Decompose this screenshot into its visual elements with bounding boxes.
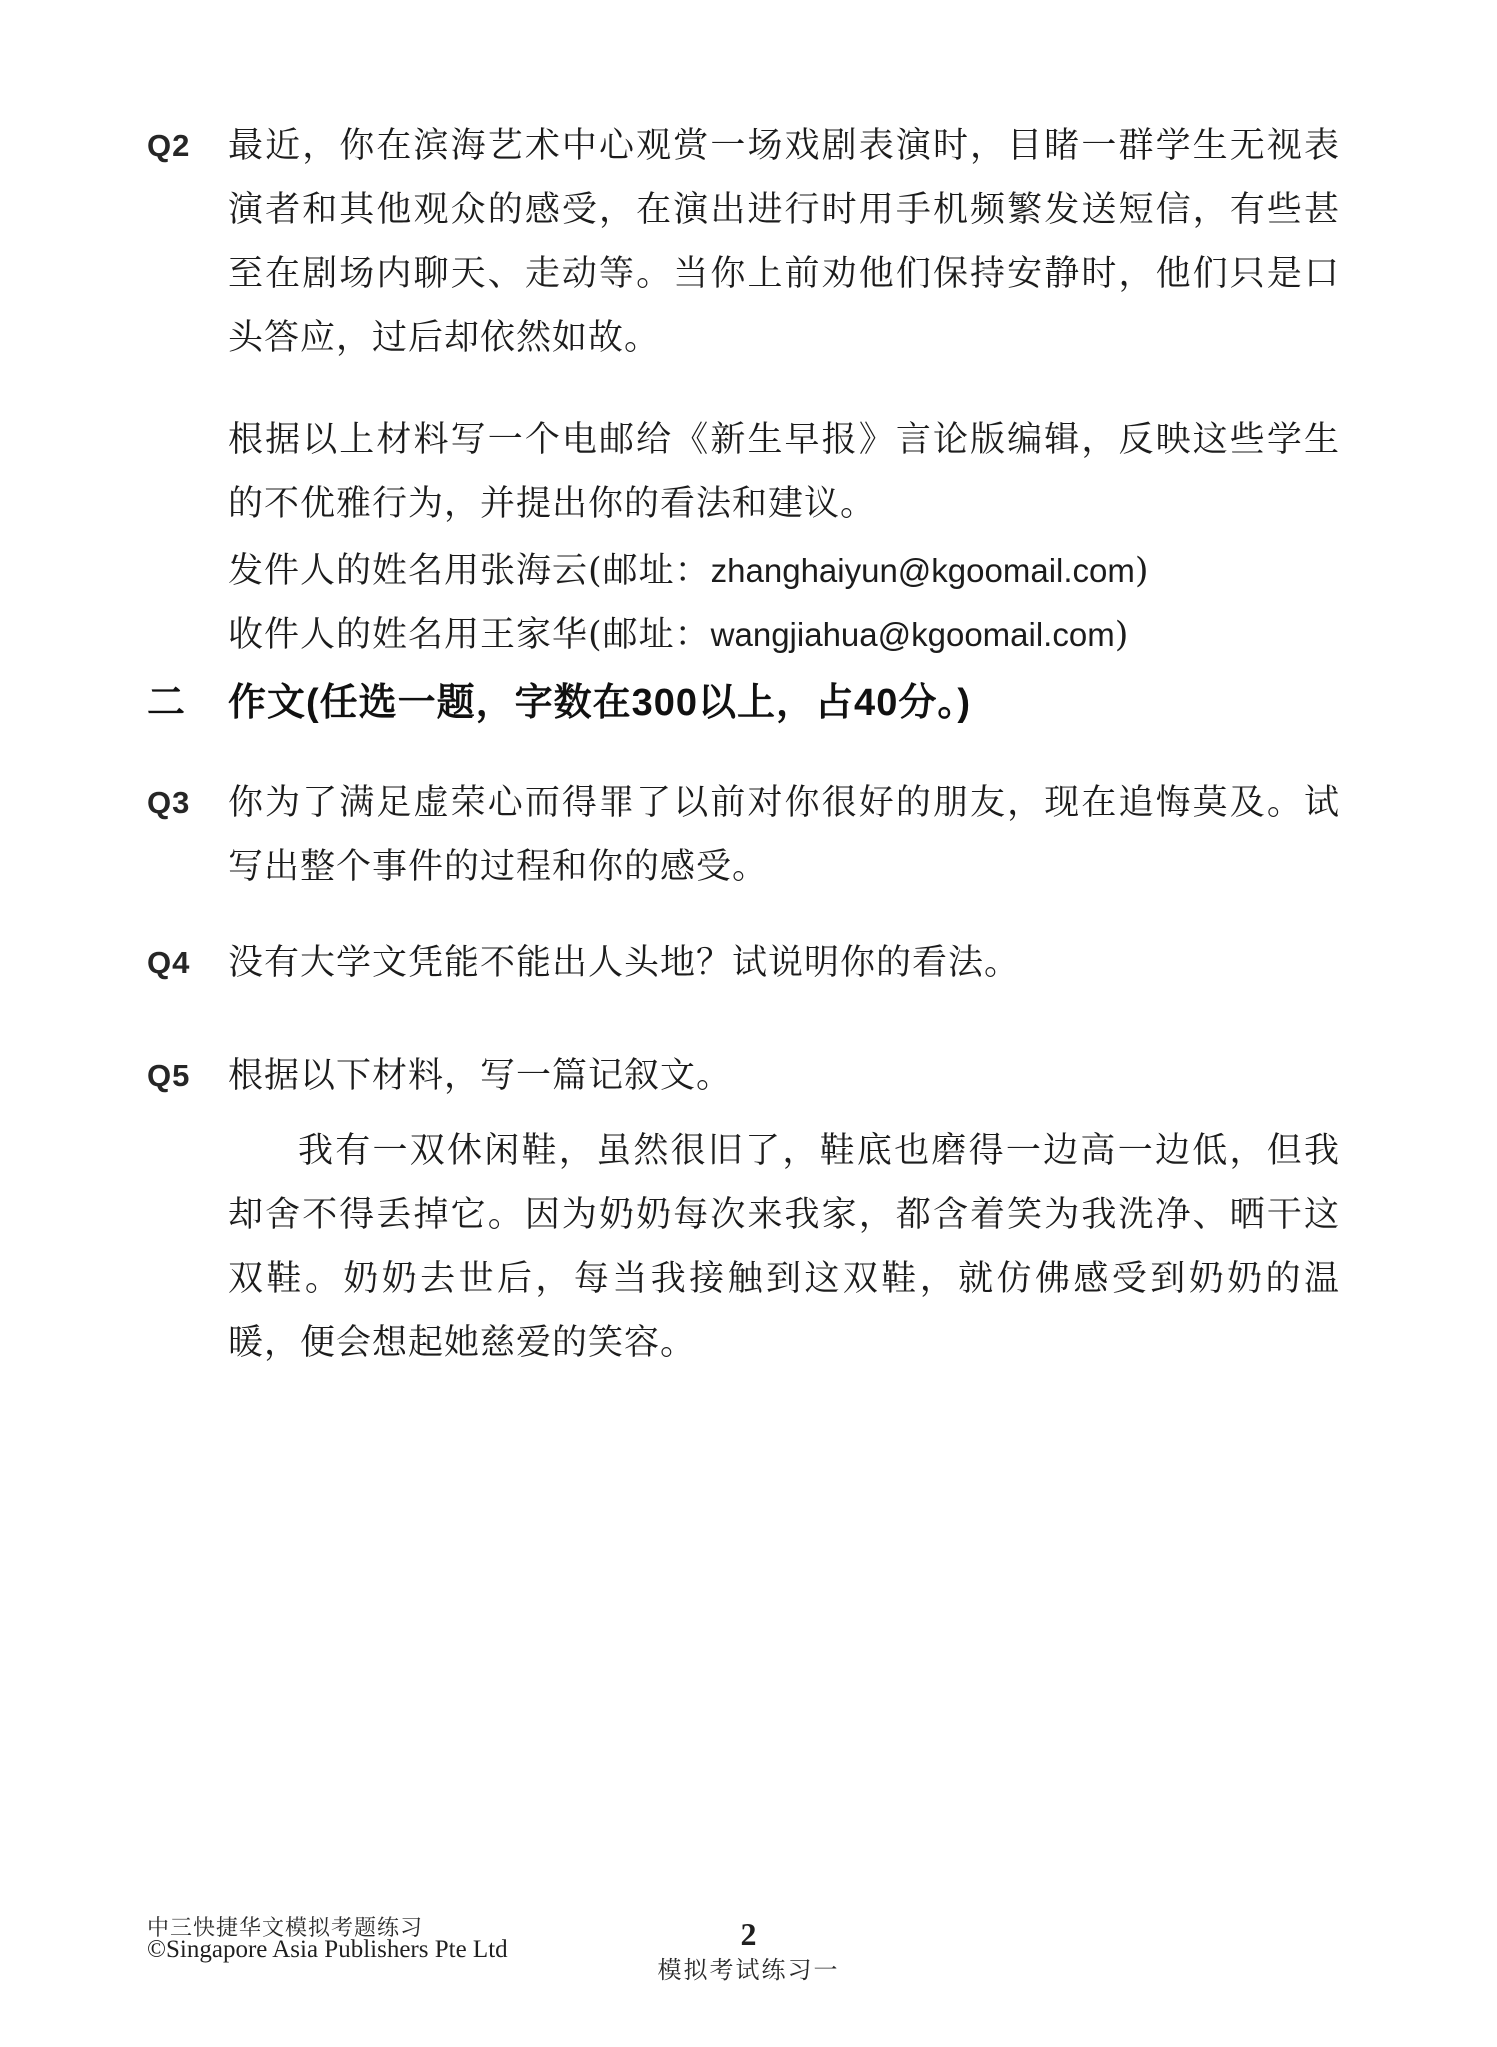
sender-prefix-text: 发件人的姓名用张海云(邮址： bbox=[228, 551, 711, 591]
question-q2: Q2 最近，你在滨海艺术中心观赏一场戏剧表演时，目睹一群学生无视表演者和其他观众… bbox=[147, 114, 1340, 667]
question-q3-text: 你为了满足虚荣心而得罪了以前对你很好的朋友，现在追悔莫及。试写出整个事件的过程和… bbox=[228, 771, 1340, 899]
question-q2-label: Q2 bbox=[147, 114, 228, 164]
recipient-email-address: wangjiahua@kgoomail.com bbox=[711, 616, 1115, 653]
question-q4-body: 没有大学文凭能不能出人头地？试说明你的看法。 bbox=[228, 931, 1340, 995]
section-number: 二 bbox=[147, 675, 228, 731]
question-q5-text: 根据以下材料，写一篇记叙文。 bbox=[228, 1044, 1340, 1108]
question-q2-email-block: 发件人的姓名用张海云(邮址：zhanghaiyun@kgoomail.com) … bbox=[228, 539, 1340, 667]
recipient-prefix-text: 收件人的姓名用王家华(邮址： bbox=[228, 615, 711, 655]
footer-exercise-title: 模拟考试练习一 bbox=[0, 1950, 1497, 1985]
question-q2-paragraph-2: 根据以上材料写一个电邮给《新生早报》言论版编辑，反映这些学生的不优雅行为，并提出… bbox=[228, 408, 1340, 536]
sender-suffix-text: ) bbox=[1135, 551, 1150, 591]
question-q3-body: 你为了满足虚荣心而得罪了以前对你很好的朋友，现在追悔莫及。试写出整个事件的过程和… bbox=[228, 771, 1340, 899]
section-heading: 二 作文(任选一题，字数在300以上，占40分。) bbox=[147, 675, 1340, 731]
page-number: 2 bbox=[0, 1916, 1497, 1953]
question-q5: Q5 根据以下材料，写一篇记叙文。 我有一双休闲鞋，虽然很旧了，鞋底也磨得一边高… bbox=[147, 1044, 1340, 1375]
recipient-email-line: 收件人的姓名用王家华(邮址：wangjiahua@kgoomail.com) bbox=[228, 603, 1340, 667]
question-q3: Q3 你为了满足虚荣心而得罪了以前对你很好的朋友，现在追悔莫及。试写出整个事件的… bbox=[147, 771, 1340, 899]
section-title: 作文(任选一题，字数在300以上，占40分。) bbox=[228, 675, 1340, 731]
question-q2-body: 最近，你在滨海艺术中心观赏一场戏剧表演时，目睹一群学生无视表演者和其他观众的感受… bbox=[228, 114, 1340, 667]
recipient-suffix-text: ) bbox=[1115, 615, 1130, 655]
question-q2-paragraph-1: 最近，你在滨海艺术中心观赏一场戏剧表演时，目睹一群学生无视表演者和其他观众的感受… bbox=[228, 114, 1340, 370]
question-q5-label: Q5 bbox=[147, 1044, 228, 1094]
exam-page: Q2 最近，你在滨海艺术中心观赏一场戏剧表演时，目睹一群学生无视表演者和其他观众… bbox=[0, 0, 1497, 2047]
question-q4-text: 没有大学文凭能不能出人头地？试说明你的看法。 bbox=[228, 931, 1340, 995]
question-q5-body: 根据以下材料，写一篇记叙文。 我有一双休闲鞋，虽然很旧了，鞋底也磨得一边高一边低… bbox=[228, 1044, 1340, 1375]
page-content: Q2 最近，你在滨海艺术中心观赏一场戏剧表演时，目睹一群学生无视表演者和其他观众… bbox=[147, 0, 1340, 1375]
question-q4-label: Q4 bbox=[147, 931, 228, 981]
question-q4: Q4 没有大学文凭能不能出人头地？试说明你的看法。 bbox=[147, 931, 1340, 995]
sender-email-address: zhanghaiyun@kgoomail.com bbox=[711, 552, 1135, 589]
sender-email-line: 发件人的姓名用张海云(邮址：zhanghaiyun@kgoomail.com) bbox=[228, 539, 1340, 603]
q5-passage: 我有一双休闲鞋，虽然很旧了，鞋底也磨得一边高一边低，但我却舍不得丢掉它。因为奶奶… bbox=[228, 1119, 1340, 1375]
question-q3-label: Q3 bbox=[147, 771, 228, 821]
